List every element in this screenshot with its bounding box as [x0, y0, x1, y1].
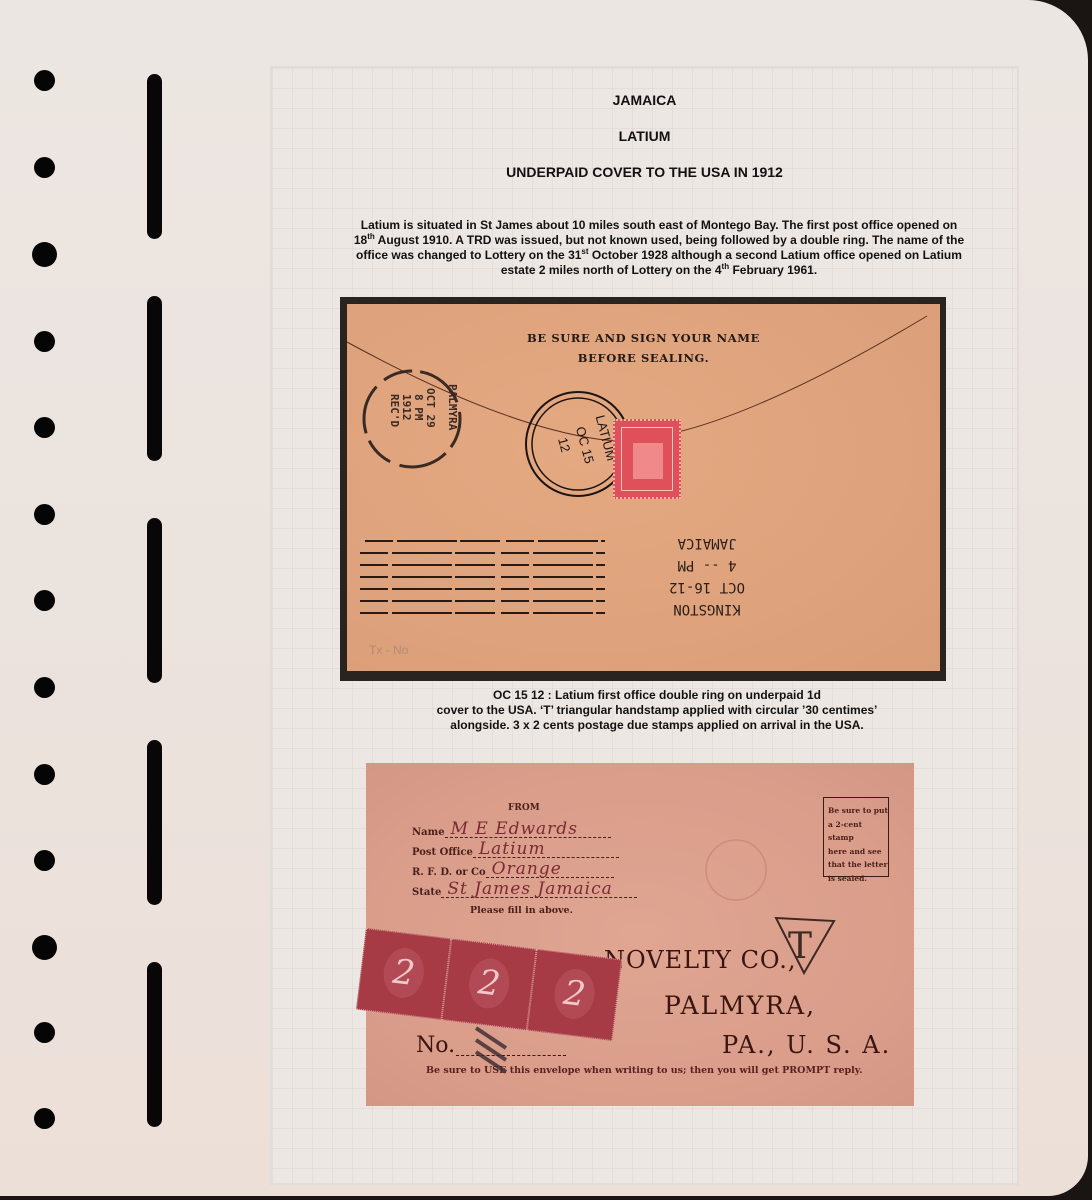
binder-hole — [34, 157, 55, 178]
binder-hole — [34, 417, 55, 438]
binder-slot — [147, 962, 162, 1127]
country-heading: JAMAICA — [272, 92, 1017, 108]
duplex-cancel-bars — [466, 1018, 546, 1078]
binder-hole — [34, 850, 55, 871]
jamaica-one-penny-stamp — [613, 419, 681, 499]
pencil-note: Tx - No — [369, 643, 408, 657]
binder-hole — [32, 935, 57, 960]
postage-due-stamp: 2 — [441, 938, 536, 1030]
faint-postmark — [701, 835, 771, 905]
cover-caption: OC 15 12 : Latium first office double ri… — [392, 688, 922, 733]
binder-hole — [34, 590, 55, 611]
form-row-rfd: R. F. D. or Co Orange — [412, 861, 614, 878]
from-label: FROM — [508, 803, 540, 813]
binder-hole — [34, 764, 55, 785]
company-city: PALMYRA, — [664, 991, 816, 1020]
cover-front: FROM Name M E Edwards Post Office Latium… — [366, 763, 914, 1106]
fill-note: Please fill in above. — [470, 905, 573, 916]
svg-text:PALMYRA: PALMYRA — [446, 384, 459, 431]
kingston-cancel: KINGSTON OCT 16-12 4 -- PM JAMAICA — [647, 532, 767, 620]
binder-hole — [34, 331, 55, 352]
form-row-state: State St James Jamaica — [412, 881, 637, 898]
binder-hole — [34, 70, 55, 91]
office-heading: LATIUM — [272, 128, 1017, 144]
intro-text: Latium is situated in St James about 10 … — [324, 218, 994, 278]
album-page: JAMAICA LATIUM UNDERPAID COVER TO THE US… — [0, 0, 1088, 1196]
binder-slot — [147, 296, 162, 461]
binder-slot — [147, 74, 162, 239]
svg-text:12: 12 — [555, 436, 573, 454]
postage-due-stamp: 2 — [356, 928, 451, 1020]
flap-text-1: BE SURE AND SIGN YOUR NAME — [347, 331, 940, 345]
binder-hole — [32, 242, 57, 267]
form-row-name: Name M E Edwards — [412, 821, 611, 838]
svg-text:REC'D: REC'D — [388, 394, 401, 427]
stamp-box-instructions: Be sure to put a 2-cent stamp here and s… — [823, 797, 889, 877]
company-state: PA., U. S. A. — [722, 1031, 891, 1059]
svg-text:OC 15: OC 15 — [573, 425, 597, 465]
binder-slot — [147, 518, 162, 683]
form-row-post-office: Post Office Latium — [412, 841, 619, 858]
binder-hole — [34, 1108, 55, 1129]
cover-back: BE SURE AND SIGN YOUR NAME BEFORE SEALIN… — [347, 304, 940, 671]
machine-cancel-bars — [355, 536, 615, 626]
binder-hole — [34, 677, 55, 698]
palmyra-postmark: OCT 29 8 PM 1912 REC'D PALMYRA — [357, 354, 467, 484]
binder-hole — [34, 1022, 55, 1043]
company-name: NOVELTY CO., — [604, 946, 796, 974]
stamp-vignette — [633, 443, 663, 479]
binder-slot — [147, 740, 162, 905]
page-subtitle: UNDERPAID COVER TO THE USA IN 1912 — [272, 164, 1017, 180]
binder-hole — [34, 504, 55, 525]
number-label: No. — [416, 1033, 455, 1058]
